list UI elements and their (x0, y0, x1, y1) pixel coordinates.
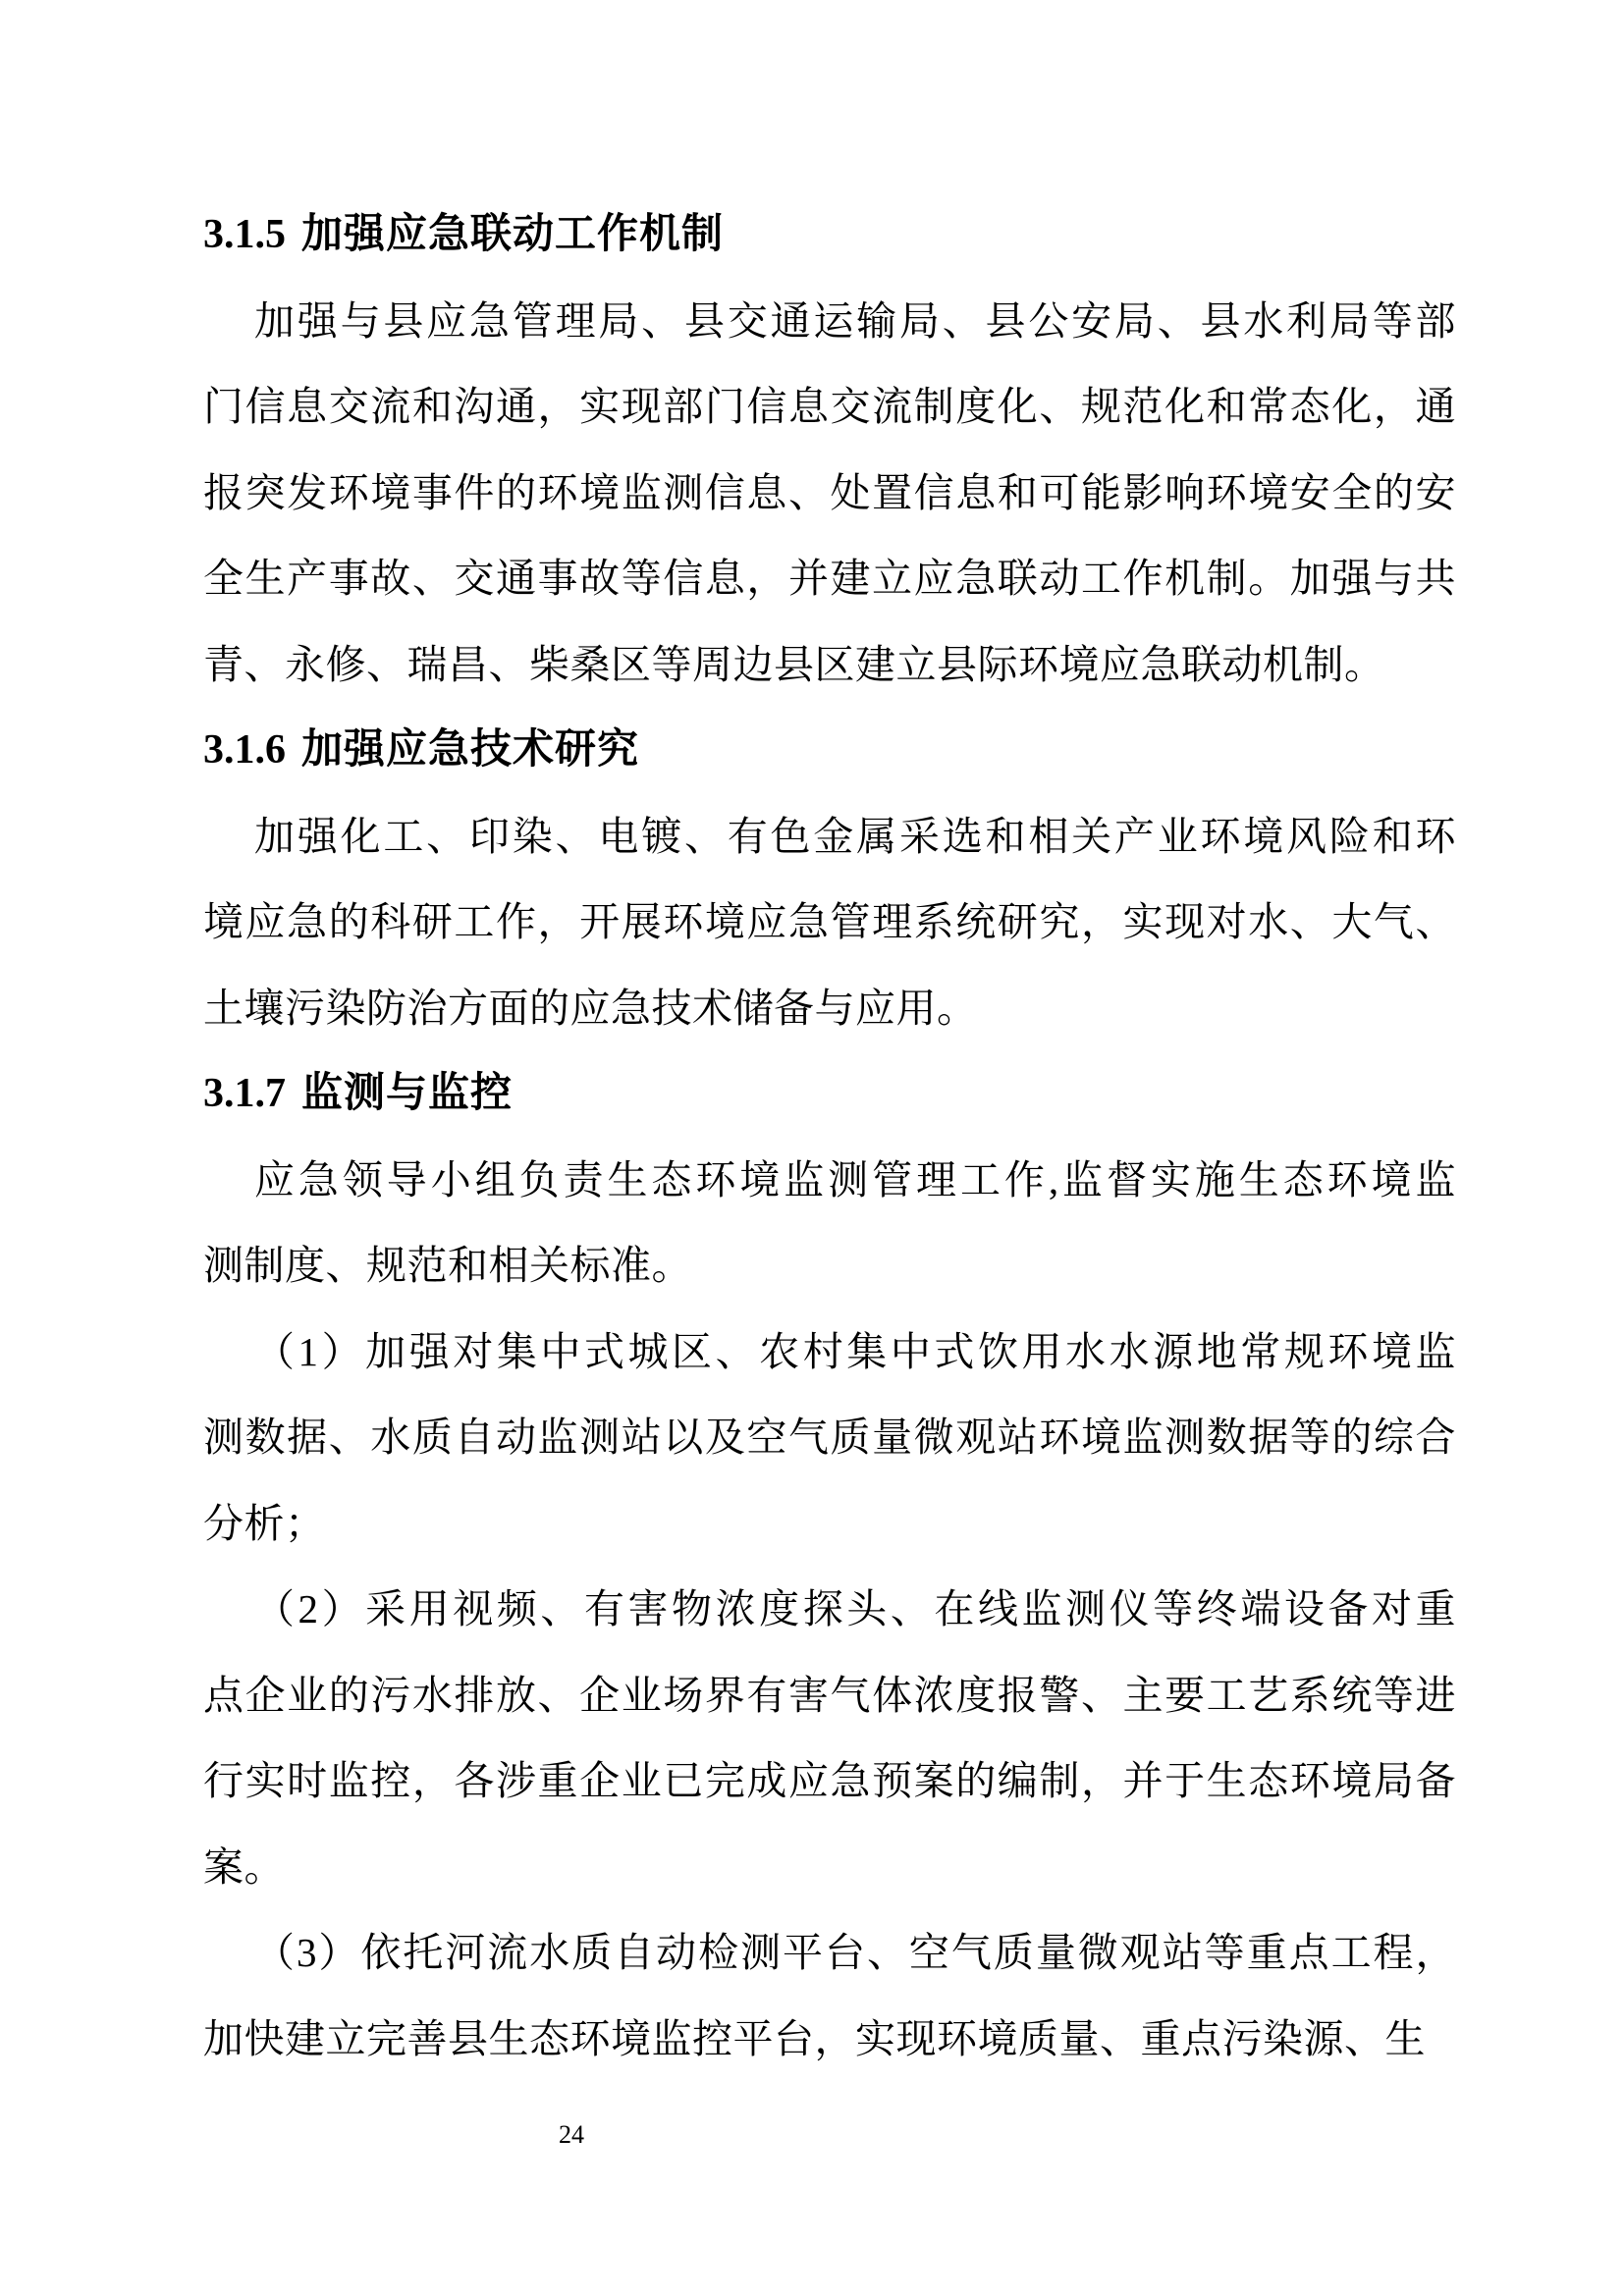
heading-number: 3.1.6 (203, 727, 286, 773)
paragraph: 加强化工、印染、电镀、有色金属采选和相关产业环境风险和环 境应急的科研工作，开展… (203, 794, 1456, 1052)
text-line: （3）依托河流水质自动检测平台、空气质量微观站等重点工程， (203, 1910, 1456, 1997)
text-line: 门信息交流和沟通，实现部门信息交流制度化、规范化和常态化，通 (203, 364, 1456, 451)
section-heading-3-1-7: 3.1.7监测与监控 (203, 1051, 1456, 1138)
paragraph-item-1: （1）加强对集中式城区、农村集中式饮用水水源地常规环境监 测数据、水质自动监测站… (203, 1309, 1456, 1568)
text-line: 加快建立完善县生态环境监控平台，实现环境质量、重点污染源、生 (203, 1997, 1456, 2083)
text-line: 测数据、水质自动监测站以及空气质量微观站环境监测数据等的综合 (203, 1395, 1456, 1481)
text-line: 报突发环境事件的环境监测信息、处置信息和可能影响环境安全的安 (203, 451, 1456, 537)
section-heading-3-1-6: 3.1.6加强应急技术研究 (203, 708, 1456, 794)
document-content: 3.1.5加强应急联动工作机制 加强与县应急管理局、县交通运输局、县公安局、县水… (203, 192, 1456, 2082)
paragraph-item-2: （2）采用视频、有害物浓度探头、在线监测仪等终端设备对重 点企业的污水排放、企业… (203, 1567, 1456, 1910)
text-line: 境应急的科研工作，开展环境应急管理系统研究，实现对水、大气、 (203, 880, 1456, 966)
text-line: 加强化工、印染、电镀、有色金属采选和相关产业环境风险和环 (203, 794, 1456, 881)
text-line: 全生产事故、交通事故等信息，并建立应急联动工作机制。加强与共 (203, 536, 1456, 622)
heading-title: 加强应急技术研究 (301, 727, 639, 773)
section-heading-3-1-5: 3.1.5加强应急联动工作机制 (203, 192, 1456, 279)
text-line: 测制度、规范和相关标准。 (203, 1223, 1456, 1309)
text-line: （1）加强对集中式城区、农村集中式饮用水水源地常规环境监 (203, 1309, 1456, 1396)
text-line: 青、永修、瑞昌、柴桑区等周边县区建立县际环境应急联动机制。 (203, 622, 1456, 709)
text-line: 点企业的污水排放、企业场界有害气体浓度报警、主要工艺系统等进 (203, 1653, 1456, 1739)
paragraph-item-3: （3）依托河流水质自动检测平台、空气质量微观站等重点工程， 加快建立完善县生态环… (203, 1910, 1456, 2082)
paragraph: 应急领导小组负责生态环境监测管理工作,监督实施生态环境监 测制度、规范和相关标准… (203, 1138, 1456, 1309)
text-line: 案。 (203, 1825, 1456, 1911)
heading-number: 3.1.5 (203, 212, 286, 257)
page-number: 24 (540, 2120, 603, 2150)
text-line: 行实时监控，各涉重企业已完成应急预案的编制，并于生态环境局备 (203, 1738, 1456, 1825)
paragraph: 加强与县应急管理局、县交通运输局、县公安局、县水利局等部 门信息交流和沟通，实现… (203, 279, 1456, 709)
text-line: 土壤污染防治方面的应急技术储备与应用。 (203, 966, 1456, 1052)
text-line: （2）采用视频、有害物浓度探头、在线监测仪等终端设备对重 (203, 1567, 1456, 1653)
text-line: 分析； (203, 1481, 1456, 1568)
text-line: 应急领导小组负责生态环境监测管理工作,监督实施生态环境监 (203, 1138, 1456, 1224)
text-line: 加强与县应急管理局、县交通运输局、县公安局、县水利局等部 (203, 279, 1456, 365)
heading-number: 3.1.7 (203, 1071, 286, 1116)
heading-title: 加强应急联动工作机制 (301, 212, 724, 257)
heading-title: 监测与监控 (301, 1071, 513, 1116)
